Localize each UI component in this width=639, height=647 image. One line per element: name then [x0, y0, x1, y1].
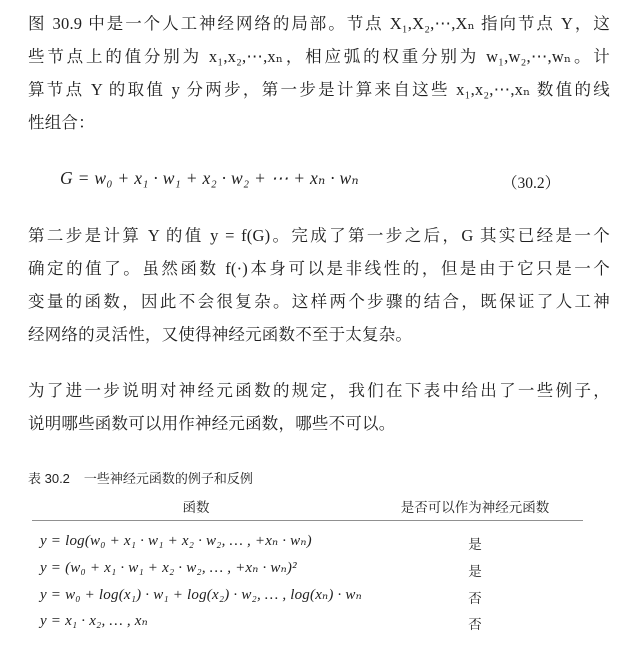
body-text-line: 经网络的灵活性，又使得神经元函数不至于太复杂。 — [28, 323, 610, 346]
body-text-line: 性组合： — [28, 111, 610, 134]
body-text-line: 第二步是计算 Y 的值 y = f(G)。完成了第一步之后，G 其实已经是一个 — [28, 224, 610, 247]
table-caption: 表 30.2一些神经元函数的例子和反例 — [28, 468, 253, 487]
equation-30-2: G = w₀ + x₁ · w₁ + x₂ · w₂ + ⋯ + xₙ · wₙ — [60, 168, 359, 189]
body-text-line: 确定的值了。虽然函数 f(·)本身可以是非线性的，但是由于它只是一个 — [28, 257, 610, 280]
column-header-eligibility: 是否可以作为神经元函数 — [363, 496, 587, 516]
function-cell: y = (w₀ + x₁ · w₁ + x₂ · w₂, … , +xₙ · w… — [40, 558, 297, 577]
body-text-line: 算节点 Y 的取值 y 分两步，第一步是计算来自这些 x₁,x₂,⋯,xₙ 数值… — [28, 78, 610, 101]
function-cell: y = log(w₀ + x₁ · w₁ + x₂ · w₂, … , +xₙ … — [40, 531, 312, 550]
body-text-line: 说明哪些函数可以用作神经元函数，哪些不可以。 — [28, 412, 610, 435]
table-caption-title: 一些神经元函数的例子和反例 — [84, 471, 253, 486]
eligibility-cell: 否 — [363, 587, 587, 607]
function-cell: y = x₁ · x₂, … , xₙ — [40, 611, 148, 630]
body-text-line: 图 30.9 中是一个人工神经网络的局部。节点 X₁,X₂,⋯,Xₙ 指向节点 … — [28, 12, 610, 35]
eligibility-cell: 是 — [363, 533, 587, 553]
eligibility-cell: 否 — [363, 613, 587, 633]
body-text-line: 变量的函数，因此不会很复杂。这样两个步骤的结合，既保证了人工神 — [28, 290, 610, 313]
column-header-function: 函数 — [32, 496, 360, 516]
table-header-rule — [32, 520, 583, 521]
table-caption-label: 表 30.2 — [28, 471, 70, 486]
body-text-line: 些节点上的值分别为 x₁,x₂,⋯,xₙ，相应弧的权重分别为 w₁,w₂,⋯,w… — [28, 45, 610, 68]
function-cell: y = w₀ + log(x₁) · w₁ + log(x₂) · w₂, … … — [40, 585, 362, 604]
document-page: 图 30.9 中是一个人工神经网络的局部。节点 X₁,X₂,⋯,Xₙ 指向节点 … — [0, 0, 639, 647]
equation-number: （30.2） — [502, 171, 560, 193]
eligibility-cell: 是 — [363, 560, 587, 580]
body-text-line: 为了进一步说明对神经元函数的规定，我们在下表中给出了一些例子， — [28, 379, 610, 402]
